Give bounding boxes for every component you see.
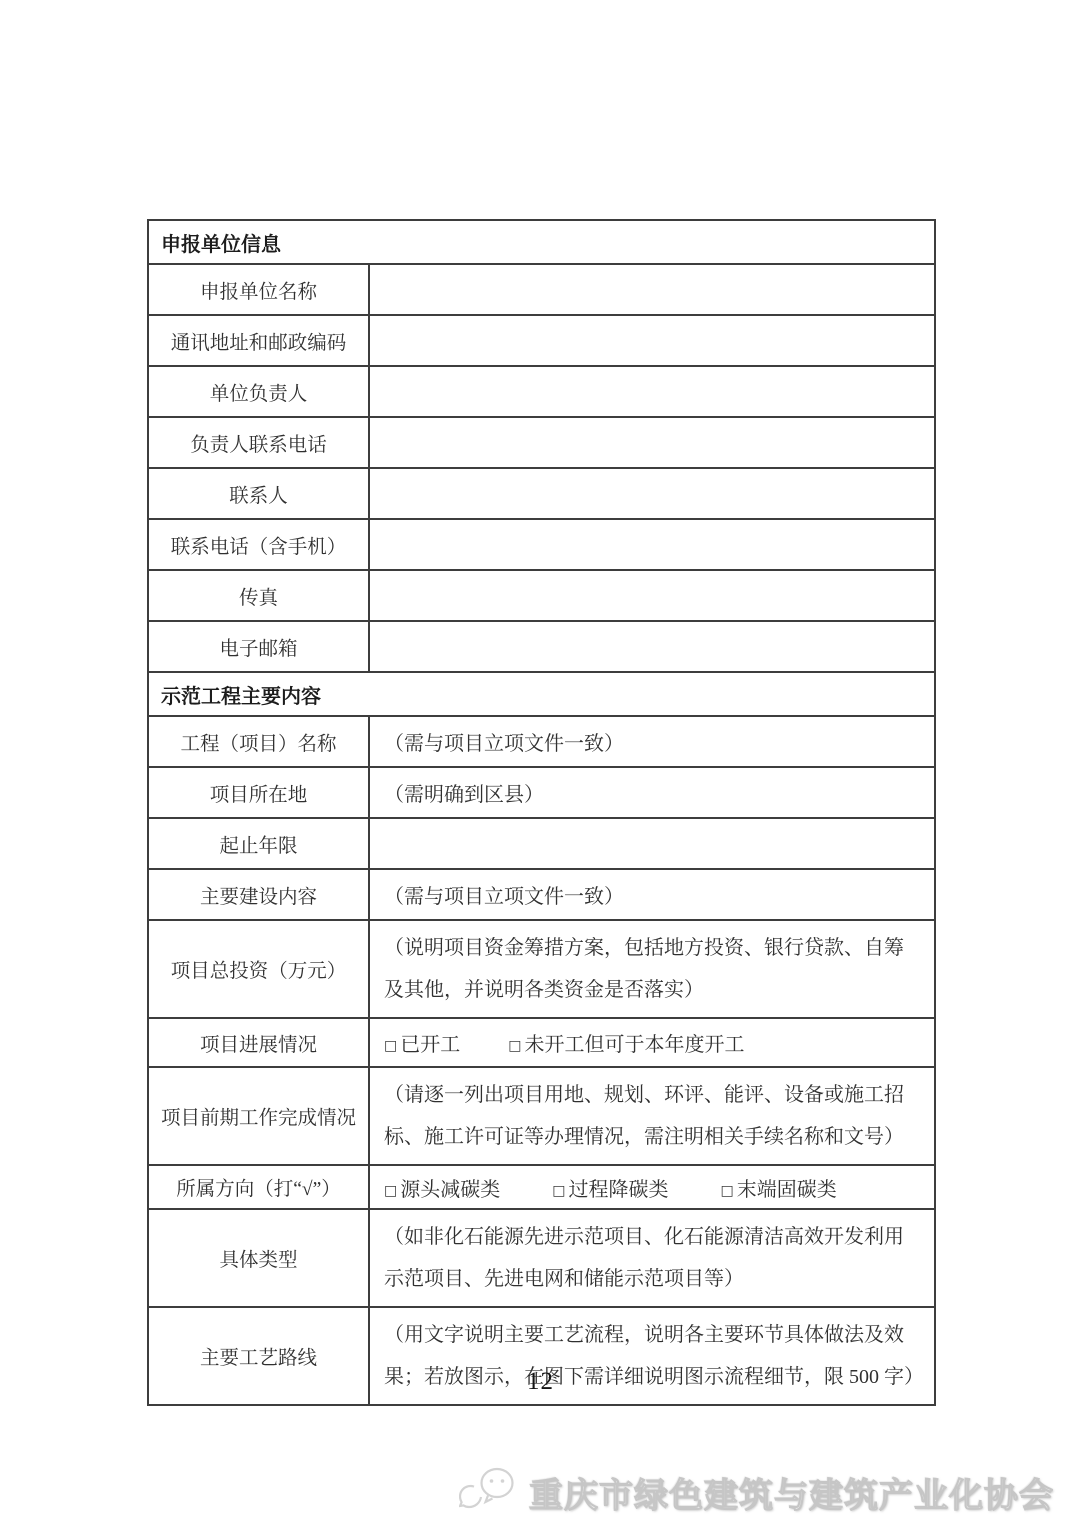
row-label-unit-head: 单位负责人 (148, 366, 369, 417)
option-process-reduction: □过程降碳类 (552, 1179, 668, 1201)
row-value-head-phone (369, 417, 935, 468)
row-value-fax (369, 570, 935, 621)
row-value-contact-phone (369, 519, 935, 570)
chat-bubbles-icon (459, 1466, 521, 1519)
table-row: 单位负责人 (148, 366, 935, 417)
row-label-contact: 联系人 (148, 468, 369, 519)
page-number: 12 (147, 1368, 934, 1396)
row-value-address-postcode (369, 315, 935, 366)
association-watermark-text: 重庆市绿色建筑与建筑产业化协会 (529, 1468, 1054, 1517)
row-label-duration: 起止年限 (148, 818, 369, 869)
option-label: 未开工但可于本年度开工 (524, 1034, 744, 1056)
table-row: 通讯地址和邮政编码 (148, 315, 935, 366)
table-row: 电子邮箱 (148, 621, 935, 672)
table-row: 起止年限 (148, 818, 935, 869)
checkbox-icon: □ (384, 1038, 397, 1054)
application-form-table: 申报单位信息 申报单位名称 通讯地址和邮政编码 单位负责人 负责人联系电话 联系… (147, 219, 936, 1406)
table-row: 主要建设内容 （需与项目立项文件一致） (148, 869, 935, 920)
checkbox-icon: □ (720, 1183, 733, 1199)
section-1-header: 申报单位信息 (148, 220, 935, 264)
row-note-project-name: （需与项目立项文件一致） (369, 716, 935, 767)
row-note-construction-content: （需与项目立项文件一致） (369, 869, 935, 920)
checkbox-icon: □ (508, 1038, 521, 1054)
option-label: 源头减碳类 (400, 1179, 500, 1201)
row-value-duration (369, 818, 935, 869)
option-source-reduction: □源头减碳类 (384, 1179, 500, 1201)
row-label-specific-type: 具体类型 (148, 1209, 369, 1307)
row-value-unit-name (369, 264, 935, 315)
row-note-preliminary-work: （请逐一列出项目用地、规划、环评、能评、设备或施工招标、施工许可证等办理情况，需… (369, 1067, 935, 1165)
row-note-total-investment: （说明项目资金筹措方案，包括地方投资、银行贷款、自筹及其他，并说明各类资金是否落… (369, 920, 935, 1018)
table-row: 项目前期工作完成情况 （请逐一列出项目用地、规划、环评、能评、设备或施工招标、施… (148, 1067, 935, 1165)
table-row: 工程（项目）名称 （需与项目立项文件一致） (148, 716, 935, 767)
row-label-total-investment: 项目总投资（万元） (148, 920, 369, 1018)
row-value-email (369, 621, 935, 672)
table-row: 具体类型 （如非化石能源先进示范项目、化石能源清洁高效开发利用示范项目、先进电网… (148, 1209, 935, 1307)
table-row: 项目总投资（万元） （说明项目资金筹措方案，包括地方投资、银行贷款、自筹及其他，… (148, 920, 935, 1018)
row-label-preliminary-work: 项目前期工作完成情况 (148, 1067, 369, 1165)
section-header-row: 示范工程主要内容 (148, 672, 935, 716)
option-end-fixation: □末端固碳类 (720, 1179, 836, 1201)
row-options-progress-status: □已开工□未开工但可于本年度开工 (369, 1018, 935, 1067)
checkbox-icon: □ (552, 1183, 565, 1199)
option-started: □已开工 (384, 1034, 460, 1056)
row-label-contact-phone: 联系电话（含手机） (148, 519, 369, 570)
row-note-specific-type: （如非化石能源先进示范项目、化石能源清洁高效开发利用示范项目、先进电网和储能示范… (369, 1209, 935, 1307)
row-note-project-location: （需明确到区县） (369, 767, 935, 818)
table-row: 联系人 (148, 468, 935, 519)
table-row: 所属方向（打“√”） □源头减碳类□过程降碳类□末端固碳类 (148, 1165, 935, 1209)
table-row: 联系电话（含手机） (148, 519, 935, 570)
option-label: 已开工 (400, 1034, 460, 1056)
row-label-address-postcode: 通讯地址和邮政编码 (148, 315, 369, 366)
table-row: 申报单位名称 (148, 264, 935, 315)
row-value-contact (369, 468, 935, 519)
row-label-project-location: 项目所在地 (148, 767, 369, 818)
table-row: 项目进展情况 □已开工□未开工但可于本年度开工 (148, 1018, 935, 1067)
option-not-started: □未开工但可于本年度开工 (508, 1034, 744, 1056)
row-label-email: 电子邮箱 (148, 621, 369, 672)
table-row: 传真 (148, 570, 935, 621)
row-label-project-name: 工程（项目）名称 (148, 716, 369, 767)
option-label: 过程降碳类 (568, 1179, 668, 1201)
checkbox-icon: □ (384, 1183, 397, 1199)
table-row: 负责人联系电话 (148, 417, 935, 468)
table-row: 项目所在地 （需明确到区县） (148, 767, 935, 818)
row-value-unit-head (369, 366, 935, 417)
row-label-fax: 传真 (148, 570, 369, 621)
row-label-category-direction: 所属方向（打“√”） (148, 1165, 369, 1209)
row-label-unit-name: 申报单位名称 (148, 264, 369, 315)
row-label-head-phone: 负责人联系电话 (148, 417, 369, 468)
option-label: 末端固碳类 (737, 1179, 837, 1201)
association-watermark: 重庆市绿色建筑与建筑产业化协会 (459, 1466, 1054, 1519)
row-label-progress-status: 项目进展情况 (148, 1018, 369, 1067)
section-2-header: 示范工程主要内容 (148, 672, 935, 716)
row-label-construction-content: 主要建设内容 (148, 869, 369, 920)
row-options-category-direction: □源头减碳类□过程降碳类□末端固碳类 (369, 1165, 935, 1209)
section-header-row: 申报单位信息 (148, 220, 935, 264)
